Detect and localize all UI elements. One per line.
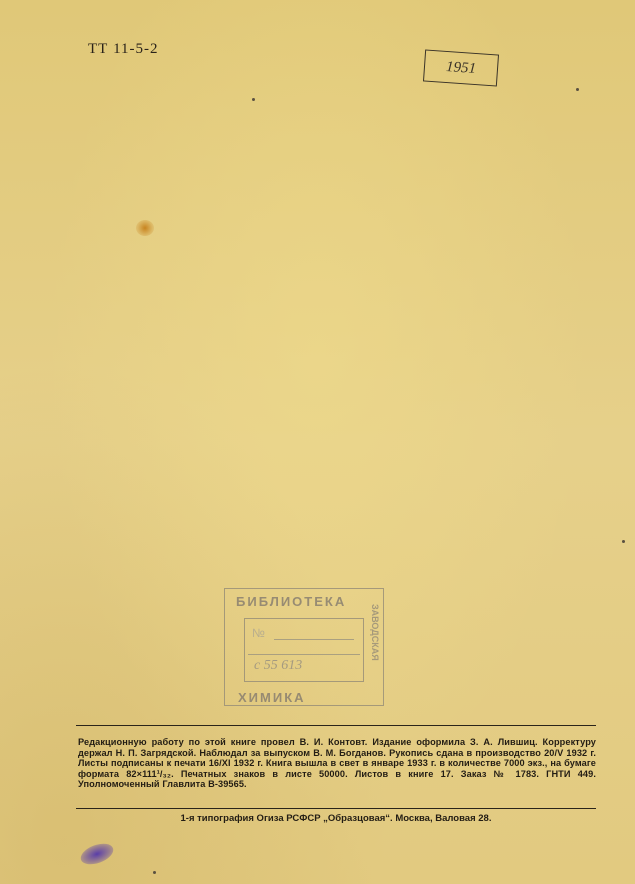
- library-stamp: БИБЛИОТЕКА ЗАВОДСКАЯ № с 55 613 ХИМИКА: [218, 582, 388, 712]
- ink-stain: [78, 840, 116, 869]
- divider-bottom: [76, 808, 596, 809]
- speck: [622, 540, 625, 543]
- colophon-body: Редакционную работу по этой книге провел…: [78, 737, 596, 789]
- stamp-number-line: [274, 639, 354, 640]
- stamp-inventory-line: [248, 654, 360, 655]
- shelfmark: ТТ 11-5-2: [88, 41, 159, 58]
- speck: [576, 88, 579, 91]
- colophon-text: Редакционную работу по этой книге провел…: [78, 737, 596, 790]
- stamp-top-text: БИБЛИОТЕКА: [236, 594, 346, 609]
- stain-mark: [136, 220, 154, 236]
- divider-top: [76, 725, 596, 726]
- stamp-inventory-number: с 55 613: [254, 658, 302, 674]
- stamp-bottom-text: ХИМИКА: [238, 690, 306, 705]
- stamp-side-text: ЗАВОДСКАЯ: [368, 604, 380, 661]
- year-stamp: 1951: [423, 49, 499, 86]
- speck: [153, 871, 156, 874]
- printer-line: 1-я типография Огиза РСФСР „Образцовая“.…: [76, 813, 596, 824]
- stamp-number-label: №: [252, 626, 265, 640]
- speck: [252, 98, 255, 101]
